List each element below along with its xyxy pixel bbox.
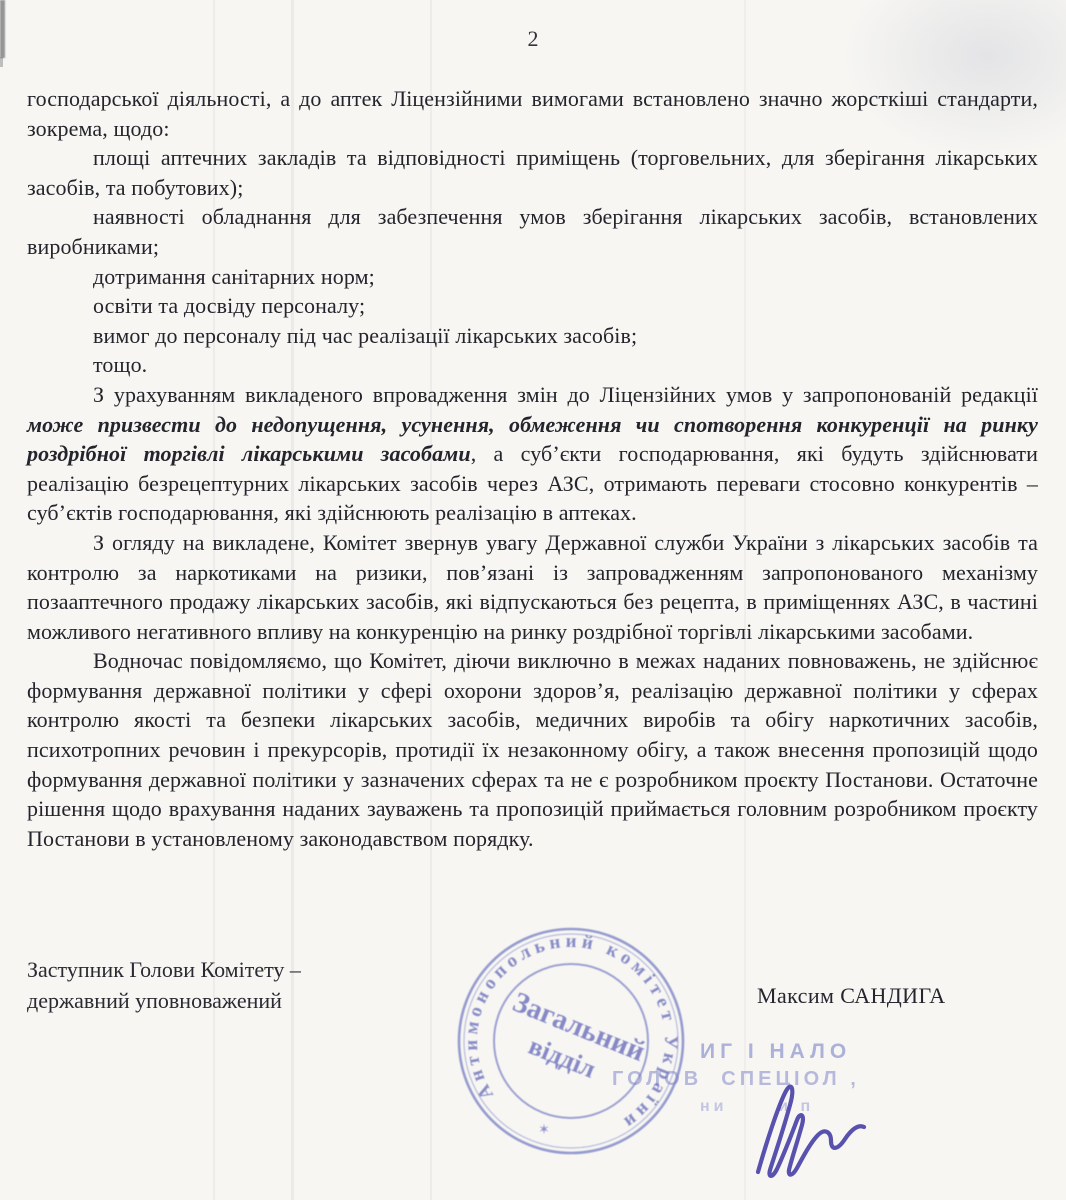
signer-position: Заступник Голови Комітету – державний уп…: [27, 954, 301, 1016]
list-item-education: освіти та досвіду персоналу;: [27, 291, 1038, 321]
ghost-stamp-text-line1: ИГ І НАЛО: [700, 1040, 851, 1064]
stamp-outer-circle-2: [464, 934, 678, 1148]
stamp-outer-circle: [459, 929, 683, 1153]
scan-edge-artifact: [0, 57, 3, 67]
conclusion-run-normal-1: З урахуванням викладеного впровадження з…: [93, 382, 1038, 407]
signer-name: Максим САНДИГА: [757, 983, 946, 1009]
stamp-ring-text: Антимонопольний комітет України: [452, 922, 690, 1160]
ghost-stamp-text-line2: ГОЛОВ СПЕЦІОЛ ,: [612, 1068, 860, 1091]
stamp-center-line2: відділ: [525, 1031, 600, 1084]
list-item-staff-requirements: вимог до персоналу під час реалізації лі…: [27, 321, 1038, 351]
paragraph-continuation: господарської діяльності, а до аптек Ліц…: [27, 84, 1038, 143]
document-body: господарської діяльності, а до аптек Ліц…: [27, 84, 1038, 853]
ghost-stamp-text-line3: ни и п: [700, 1098, 814, 1116]
svg-text:Антимонопольний комітет Україн: Антимонопольний комітет України: [452, 922, 690, 1160]
paragraph-conclusion: З урахуванням викладеного впровадження з…: [27, 380, 1038, 528]
paragraph-attention: З огляду на викладене, Комітет звернув у…: [27, 528, 1038, 646]
handwritten-signature: [742, 1076, 872, 1186]
signer-position-line2: державний уповноважений: [27, 985, 301, 1016]
signature-stroke: [758, 1087, 864, 1176]
signer-position-line1: Заступник Голови Комітету –: [27, 954, 301, 985]
round-seal-stamp: Антимонопольний комітет України ✶ Загаль…: [452, 922, 690, 1160]
stamp-inner-circle: [494, 964, 648, 1118]
list-item-etc: тощо.: [27, 350, 1038, 380]
stamp-star: ✶: [538, 1123, 550, 1138]
stamp-center-line1: Загальний: [508, 986, 649, 1068]
list-item-premises: площі аптечних закладів та відповідності…: [27, 143, 1038, 202]
page-number: 2: [0, 26, 1066, 52]
list-item-equipment: наявності обладнання для забезпечення ум…: [27, 202, 1038, 261]
paragraph-disclaimer: Водночас повідомляємо, що Комітет, діючи…: [27, 646, 1038, 853]
list-item-sanitary: дотримання санітарних норм;: [27, 262, 1038, 292]
scanned-letter-page: 2 господарської діяльності, а до аптек Л…: [0, 0, 1066, 1200]
